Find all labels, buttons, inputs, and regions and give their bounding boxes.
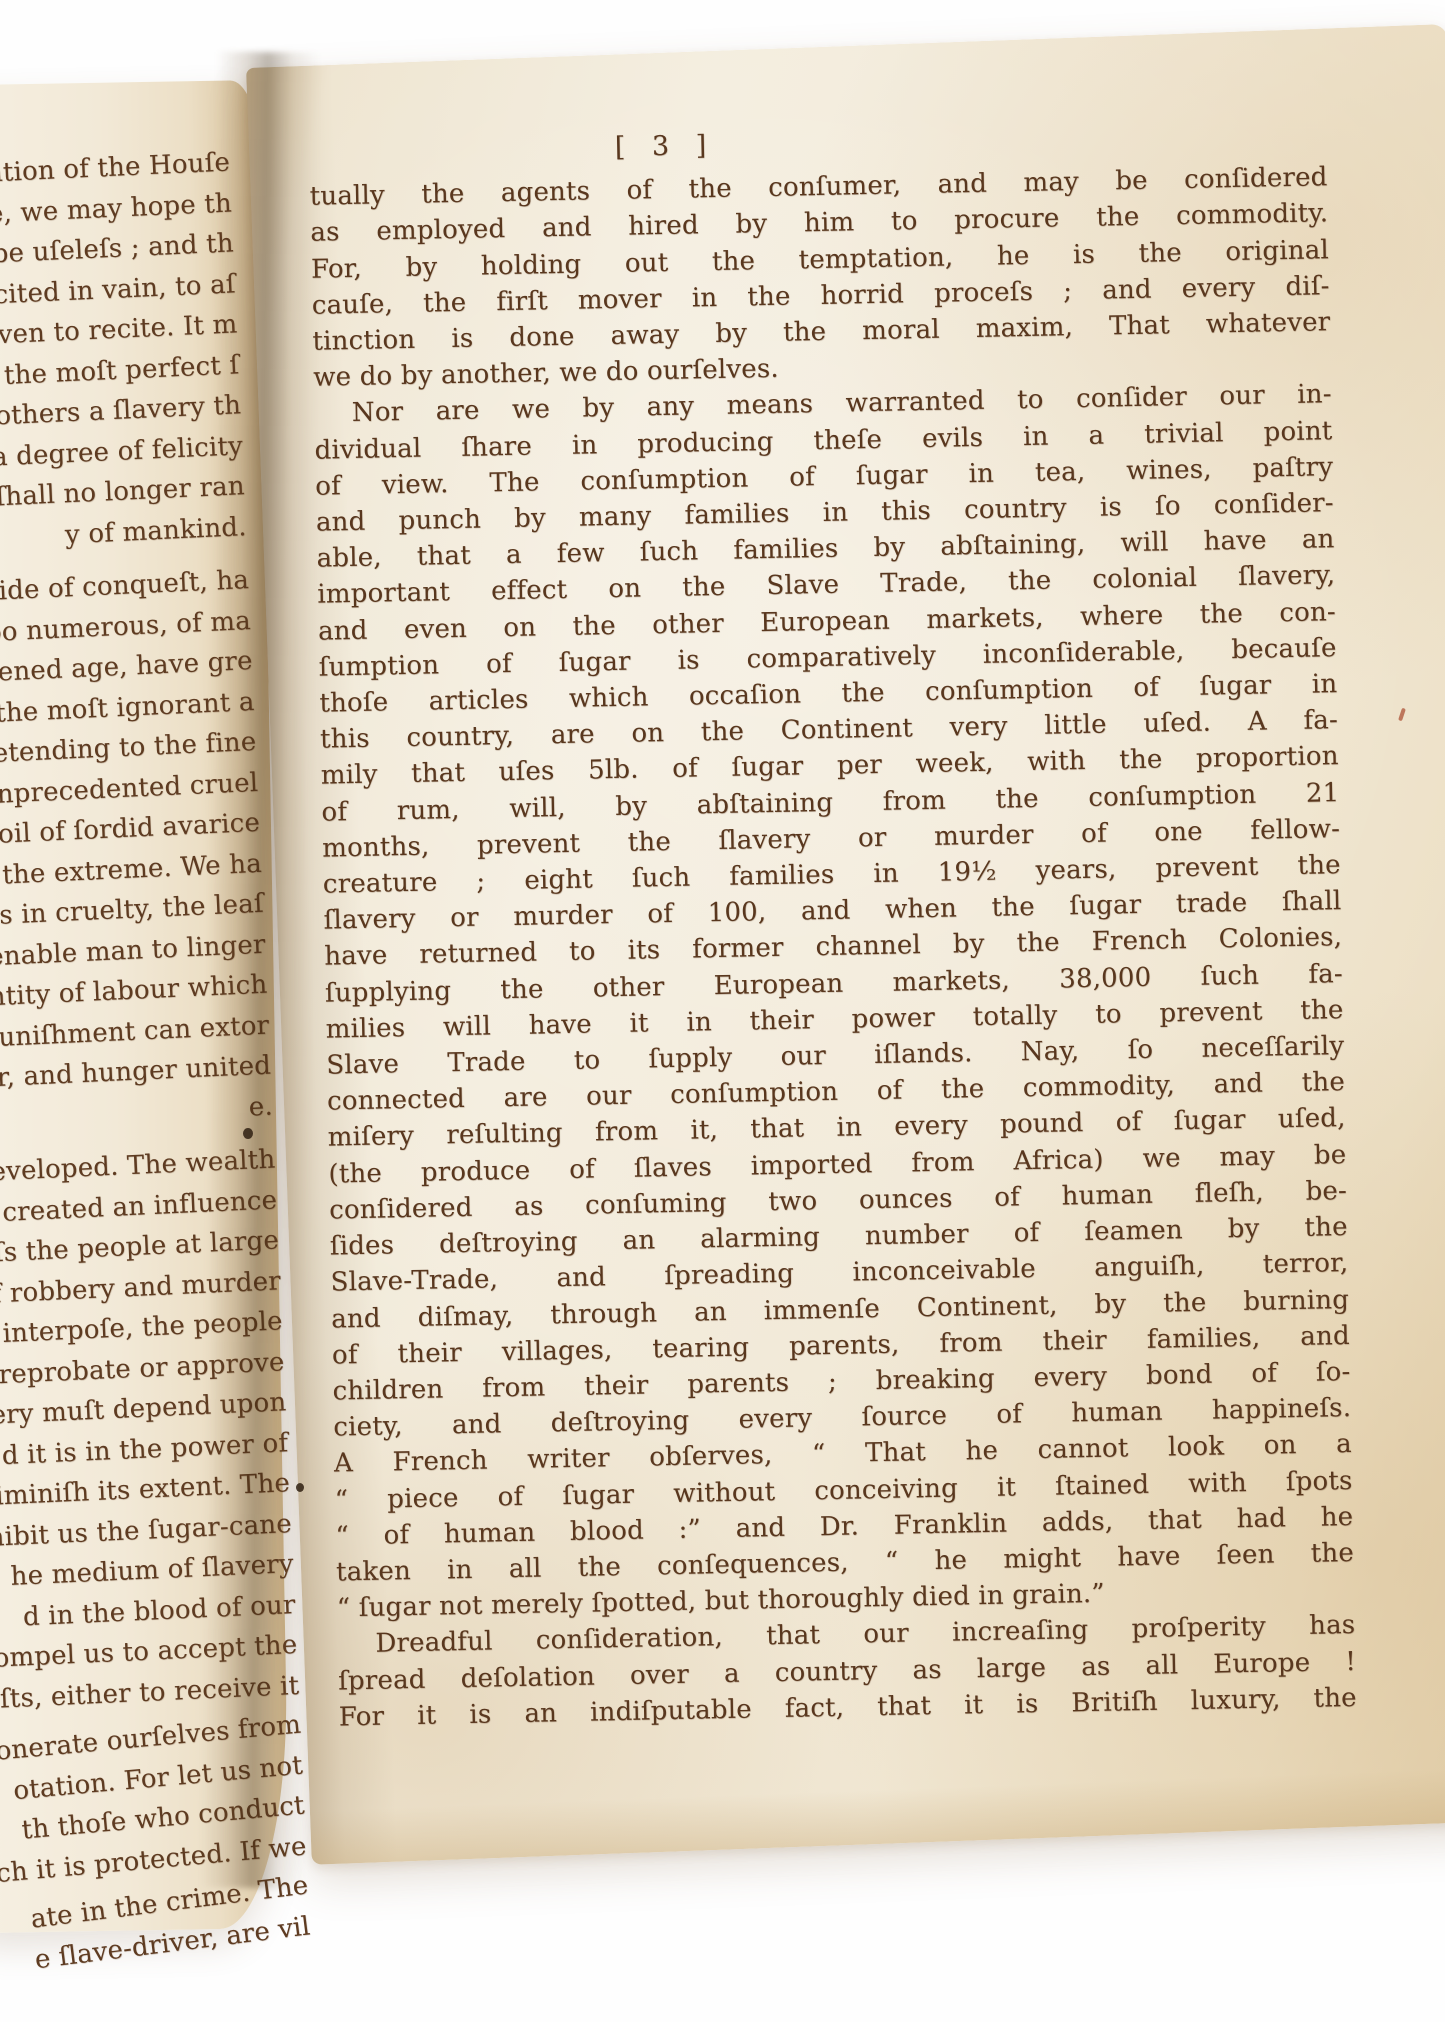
- ink-speck: [243, 1128, 253, 1139]
- ink-speck: [296, 1483, 304, 1492]
- right-page-text-column: [ 3 ] tually the agents of the conſumer,…: [309, 116, 1358, 1735]
- right-page-body: tually the agents of the conſumer, and m…: [309, 159, 1357, 1735]
- book-photo: determination of the Houſee-Trade, we ma…: [0, 0, 1445, 2022]
- left-page: determination of the Houſee-Trade, we ma…: [0, 80, 290, 1933]
- right-page: [ 3 ] tually the agents of the conſumer,…: [246, 24, 1445, 1865]
- page-number: [ 3 ]: [614, 128, 715, 166]
